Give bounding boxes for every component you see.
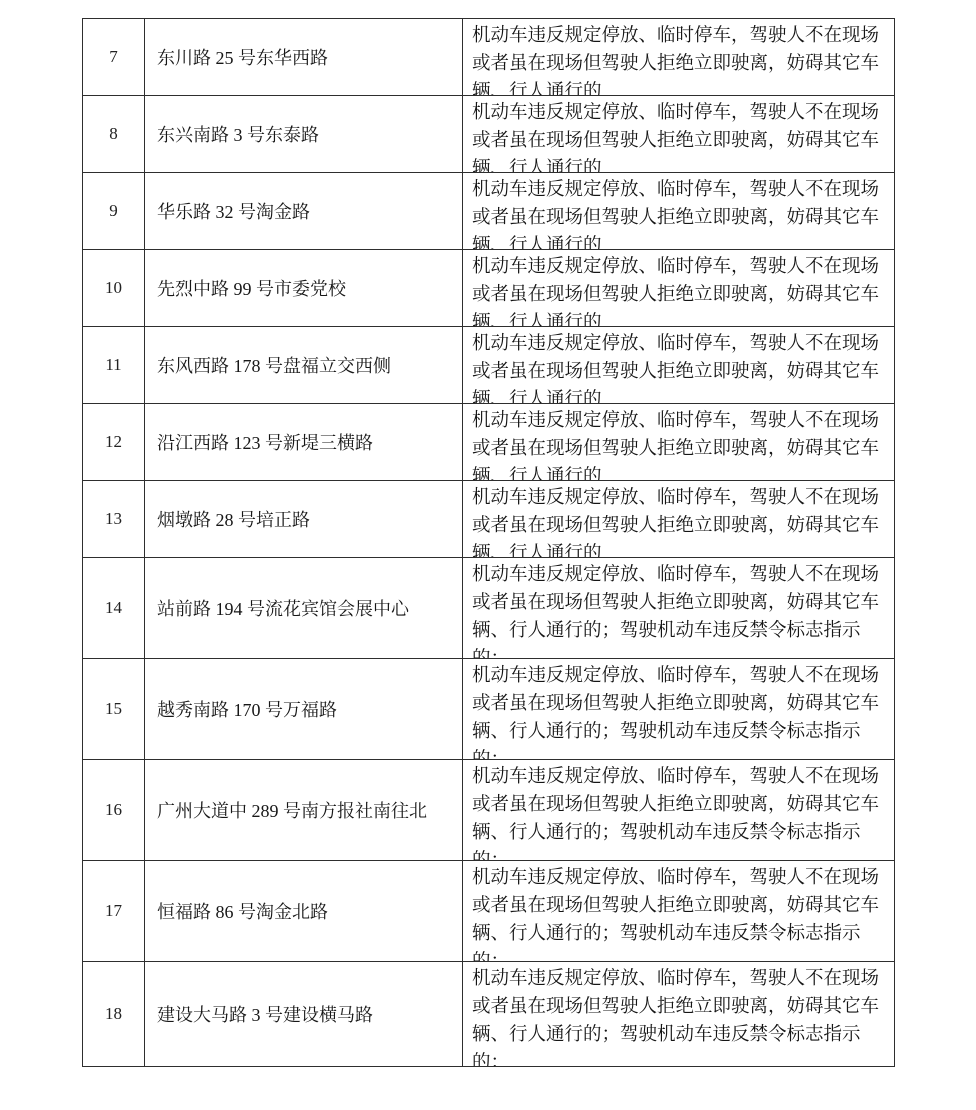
location-cell: 建设大马路 3 号建设横马路 [145,962,463,1067]
row-number: 9 [109,201,118,220]
location-text: 沿江西路 123 号新堤三横路 [157,433,373,453]
location-text: 先烈中路 99 号市委党校 [157,279,346,299]
location-text: 华乐路 32 号淘金路 [157,202,310,222]
row-number: 16 [105,800,122,819]
location-text: 东兴南路 3 号东泰路 [157,125,319,145]
row-number-cell: 15 [83,659,145,760]
location-text: 站前路 194 号流花宾馆会展中心 [157,599,409,619]
location-cell: 恒福路 86 号淘金北路 [145,861,463,962]
table-row: 7 东川路 25 号东华西路 机动车违反规定停放、临时停车，驾驶人不在现场 或者… [83,19,895,96]
row-number: 13 [105,509,122,528]
violation-cell: 机动车违反规定停放、临时停车，驾驶人不在现场 或者虽在现场但驾驶人拒绝立即驶离，… [463,327,895,404]
row-number: 7 [109,47,118,66]
location-cell: 东风西路 178 号盘福立交西侧 [145,327,463,404]
row-number-cell: 16 [83,760,145,861]
table-row: 14 站前路 194 号流花宾馆会展中心 机动车违反规定停放、临时停车，驾驶人不… [83,558,895,659]
table-row: 13 烟墩路 28 号培正路 机动车违反规定停放、临时停车，驾驶人不在现场 或者… [83,481,895,558]
violation-text: 机动车违反规定停放、临时停车，驾驶人不在现场 或者虽在现场但驾驶人拒绝立即驶离，… [472,99,886,172]
table-row: 11 东风西路 178 号盘福立交西侧 机动车违反规定停放、临时停车，驾驶人不在… [83,327,895,404]
violation-cell: 机动车违反规定停放、临时停车，驾驶人不在现场 或者虽在现场但驾驶人拒绝立即驶离，… [463,404,895,481]
location-text: 烟墩路 28 号培正路 [157,510,310,530]
row-number-cell: 12 [83,404,145,481]
violation-text: 机动车违反规定停放、临时停车，驾驶人不在现场 或者虽在现场但驾驶人拒绝立即驶离，… [472,864,886,961]
location-cell: 烟墩路 28 号培正路 [145,481,463,558]
location-text: 越秀南路 170 号万福路 [157,700,337,720]
table-row: 18 建设大马路 3 号建设横马路 机动车违反规定停放、临时停车，驾驶人不在现场… [83,962,895,1067]
violation-cell: 机动车违反规定停放、临时停车，驾驶人不在现场 或者虽在现场但驾驶人拒绝立即驶离，… [463,962,895,1067]
location-cell: 东川路 25 号东华西路 [145,19,463,96]
location-cell: 华乐路 32 号淘金路 [145,173,463,250]
document-page: 7 东川路 25 号东华西路 机动车违反规定停放、临时停车，驾驶人不在现场 或者… [0,0,976,1110]
violation-text: 机动车违反规定停放、临时停车，驾驶人不在现场 或者虽在现场但驾驶人拒绝立即驶离，… [472,484,886,557]
location-text: 恒福路 86 号淘金北路 [157,902,328,922]
table-row: 12 沿江西路 123 号新堤三横路 机动车违反规定停放、临时停车，驾驶人不在现… [83,404,895,481]
row-number: 14 [105,598,122,617]
violation-text: 机动车违反规定停放、临时停车，驾驶人不在现场 或者虽在现场但驾驶人拒绝立即驶离，… [472,330,886,403]
violation-cell: 机动车违反规定停放、临时停车，驾驶人不在现场 或者虽在现场但驾驶人拒绝立即驶离，… [463,861,895,962]
violation-locations-table: 7 东川路 25 号东华西路 机动车违反规定停放、临时停车，驾驶人不在现场 或者… [82,18,895,1067]
row-number: 10 [105,278,122,297]
violation-text: 机动车违反规定停放、临时停车，驾驶人不在现场 或者虽在现场但驾驶人拒绝立即驶离，… [472,662,886,759]
row-number-cell: 13 [83,481,145,558]
violation-text: 机动车违反规定停放、临时停车，驾驶人不在现场 或者虽在现场但驾驶人拒绝立即驶离，… [472,763,886,860]
location-cell: 越秀南路 170 号万福路 [145,659,463,760]
location-cell: 东兴南路 3 号东泰路 [145,96,463,173]
row-number-cell: 8 [83,96,145,173]
row-number: 8 [109,124,118,143]
row-number-cell: 7 [83,19,145,96]
violation-text: 机动车违反规定停放、临时停车，驾驶人不在现场 或者虽在现场但驾驶人拒绝立即驶离，… [472,965,886,1066]
violation-cell: 机动车违反规定停放、临时停车，驾驶人不在现场 或者虽在现场但驾驶人拒绝立即驶离，… [463,558,895,659]
violation-cell: 机动车违反规定停放、临时停车，驾驶人不在现场 或者虽在现场但驾驶人拒绝立即驶离，… [463,481,895,558]
violation-text: 机动车违反规定停放、临时停车，驾驶人不在现场 或者虽在现场但驾驶人拒绝立即驶离，… [472,407,886,480]
violation-cell: 机动车违反规定停放、临时停车，驾驶人不在现场 或者虽在现场但驾驶人拒绝立即驶离，… [463,250,895,327]
location-text: 建设大马路 3 号建设横马路 [157,1005,373,1025]
location-text: 广州大道中 289 号南方报社南往北 [157,801,427,821]
violation-cell: 机动车违反规定停放、临时停车，驾驶人不在现场 或者虽在现场但驾驶人拒绝立即驶离，… [463,173,895,250]
row-number: 12 [105,432,122,451]
violation-text: 机动车违反规定停放、临时停车，驾驶人不在现场 或者虽在现场但驾驶人拒绝立即驶离，… [472,253,886,326]
row-number: 15 [105,699,122,718]
location-cell: 先烈中路 99 号市委党校 [145,250,463,327]
location-text: 东风西路 178 号盘福立交西侧 [157,356,391,376]
table-row: 8 东兴南路 3 号东泰路 机动车违反规定停放、临时停车，驾驶人不在现场 或者虽… [83,96,895,173]
row-number: 18 [105,1004,122,1023]
row-number-cell: 18 [83,962,145,1067]
table-row: 17 恒福路 86 号淘金北路 机动车违反规定停放、临时停车，驾驶人不在现场 或… [83,861,895,962]
table-row: 15 越秀南路 170 号万福路 机动车违反规定停放、临时停车，驾驶人不在现场 … [83,659,895,760]
row-number-cell: 14 [83,558,145,659]
row-number-cell: 10 [83,250,145,327]
violation-cell: 机动车违反规定停放、临时停车，驾驶人不在现场 或者虽在现场但驾驶人拒绝立即驶离，… [463,19,895,96]
table-row: 9 华乐路 32 号淘金路 机动车违反规定停放、临时停车，驾驶人不在现场 或者虽… [83,173,895,250]
location-cell: 站前路 194 号流花宾馆会展中心 [145,558,463,659]
violation-cell: 机动车违反规定停放、临时停车，驾驶人不在现场 或者虽在现场但驾驶人拒绝立即驶离，… [463,760,895,861]
violation-text: 机动车违反规定停放、临时停车，驾驶人不在现场 或者虽在现场但驾驶人拒绝立即驶离，… [472,561,886,658]
table-row: 16 广州大道中 289 号南方报社南往北 机动车违反规定停放、临时停车，驾驶人… [83,760,895,861]
table-row: 10 先烈中路 99 号市委党校 机动车违反规定停放、临时停车，驾驶人不在现场 … [83,250,895,327]
violation-cell: 机动车违反规定停放、临时停车，驾驶人不在现场 或者虽在现场但驾驶人拒绝立即驶离，… [463,96,895,173]
location-cell: 沿江西路 123 号新堤三横路 [145,404,463,481]
row-number-cell: 17 [83,861,145,962]
violation-text: 机动车违反规定停放、临时停车，驾驶人不在现场 或者虽在现场但驾驶人拒绝立即驶离，… [472,176,886,249]
row-number-cell: 9 [83,173,145,250]
location-text: 东川路 25 号东华西路 [157,48,328,68]
location-cell: 广州大道中 289 号南方报社南往北 [145,760,463,861]
row-number-cell: 11 [83,327,145,404]
violation-cell: 机动车违反规定停放、临时停车，驾驶人不在现场 或者虽在现场但驾驶人拒绝立即驶离，… [463,659,895,760]
violation-text: 机动车违反规定停放、临时停车，驾驶人不在现场 或者虽在现场但驾驶人拒绝立即驶离，… [472,22,886,95]
row-number: 17 [105,901,122,920]
row-number: 11 [105,355,121,374]
